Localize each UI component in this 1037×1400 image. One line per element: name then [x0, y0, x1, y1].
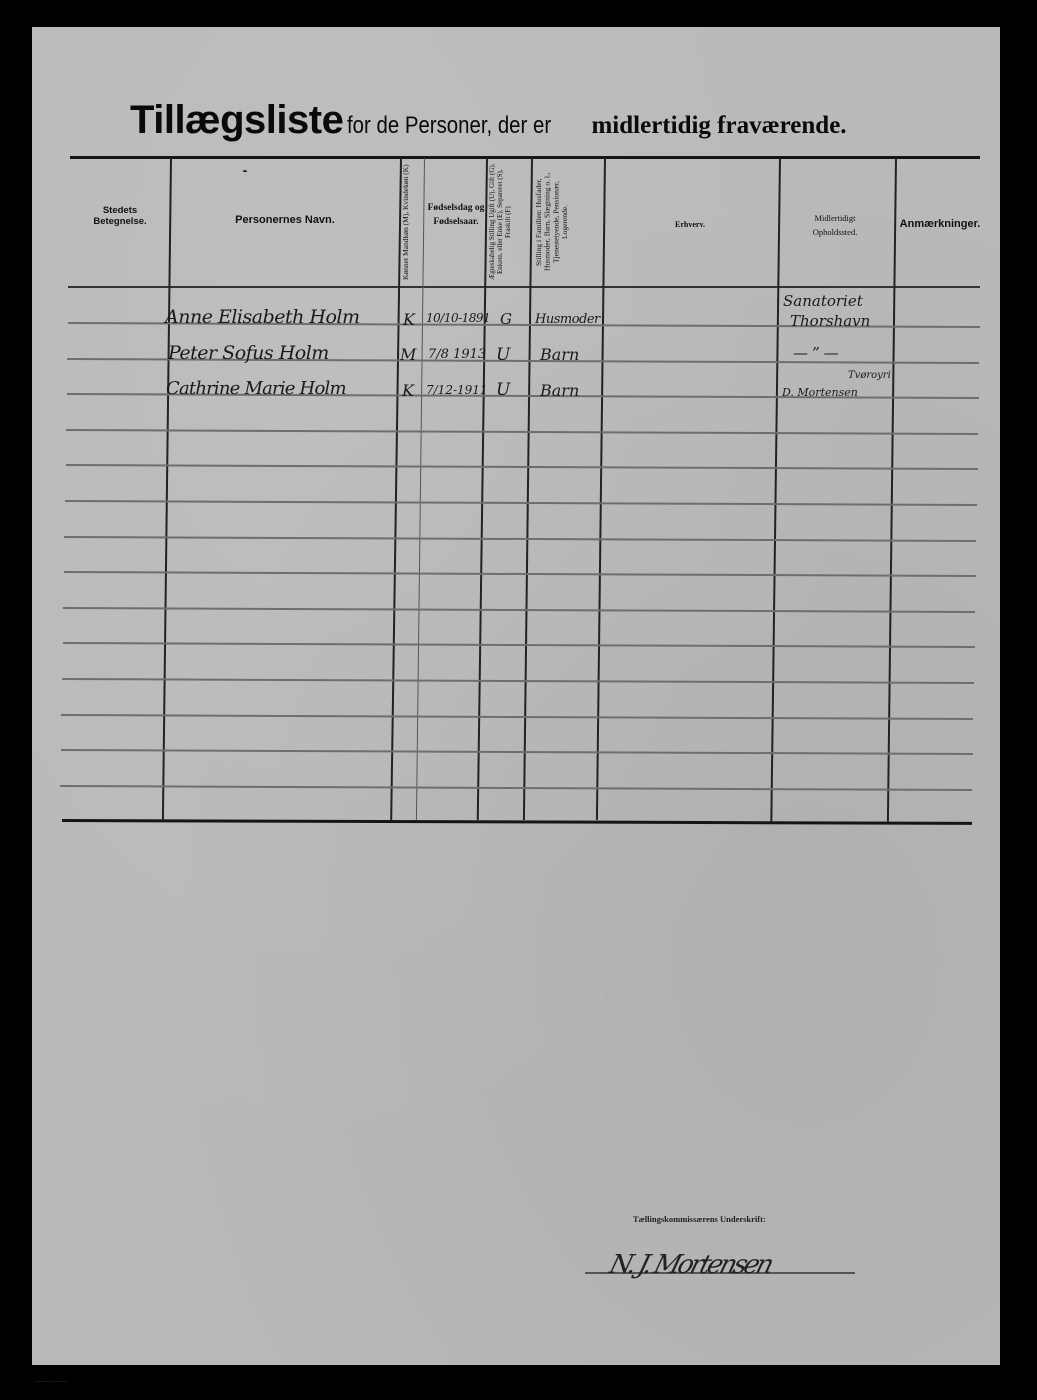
cell-opholdssted-main: D. Mortensen	[782, 386, 858, 399]
header-navn: Personernes Navn.	[180, 214, 390, 227]
header-opholdssted: Midlertidigt Opholdssted.	[790, 212, 880, 239]
cell-kon: K	[402, 381, 414, 400]
cell-kon: K	[403, 310, 415, 329]
cell-navn: Anne Elisabeth Holm	[165, 306, 360, 328]
cell-aegteskab: U	[496, 345, 510, 365]
printer-mark: ———— ————	[34, 1378, 67, 1383]
title-emphasis: midlertidig fraværende.	[591, 112, 846, 139]
header-bottom-rule	[68, 286, 980, 288]
header-stilling: Stilling i Familien: Husfader, Husmoder,…	[535, 164, 601, 280]
title-main: Tillægsliste	[130, 98, 343, 142]
cell-opholdssted-ditto: —”—	[793, 344, 843, 362]
signature: N. J. Mortensen	[606, 1250, 774, 1280]
header-aegteskab: Ægteskabelig Stilling Ugift (U), Gift (G…	[488, 161, 530, 283]
signature-label: Tællingskommissærens Underskrift:	[633, 1214, 766, 1224]
form-title: Tillægsliste for de Personer, der er mid…	[130, 98, 847, 143]
cell-aegteskab: U	[496, 380, 510, 400]
header-name-mark: -	[230, 162, 260, 178]
cell-opholdssted-line1: Sanatoriet	[783, 292, 863, 310]
header-fodsel: Fødselsdag og Fødselsaar.	[427, 201, 485, 230]
header-stedets: Stedets Betegnelse.	[80, 206, 160, 228]
header-erhverv: Erhverv.	[640, 220, 740, 229]
cell-kon: M	[400, 345, 416, 364]
cell-stilling: Barn	[540, 381, 579, 400]
title-for: for de Personer, der er	[347, 112, 551, 140]
cell-navn: Cathrine Marie Holm	[166, 378, 346, 399]
header-top-rule	[70, 156, 980, 159]
cell-fodsel: 7/8 1913	[428, 347, 486, 362]
header-kon: Kønnet Mandkøn (M), Kvindekøn (K)	[402, 163, 422, 281]
header-anmaerkninger: Anmærkninger.	[895, 218, 985, 231]
cell-stilling: Husmoder	[535, 312, 600, 327]
cell-stilling: Barn	[540, 345, 579, 364]
cell-opholdssted-line2: Thorshavn	[790, 312, 870, 330]
cell-fodsel: 10/10-1891	[426, 311, 490, 325]
cell-opholdssted-super: Tvøroyri	[848, 370, 891, 381]
cell-navn: Peter Sofus Holm	[168, 342, 329, 364]
cell-fodsel: 7/12-1911	[426, 383, 488, 397]
cell-aegteskab: G	[500, 310, 512, 328]
